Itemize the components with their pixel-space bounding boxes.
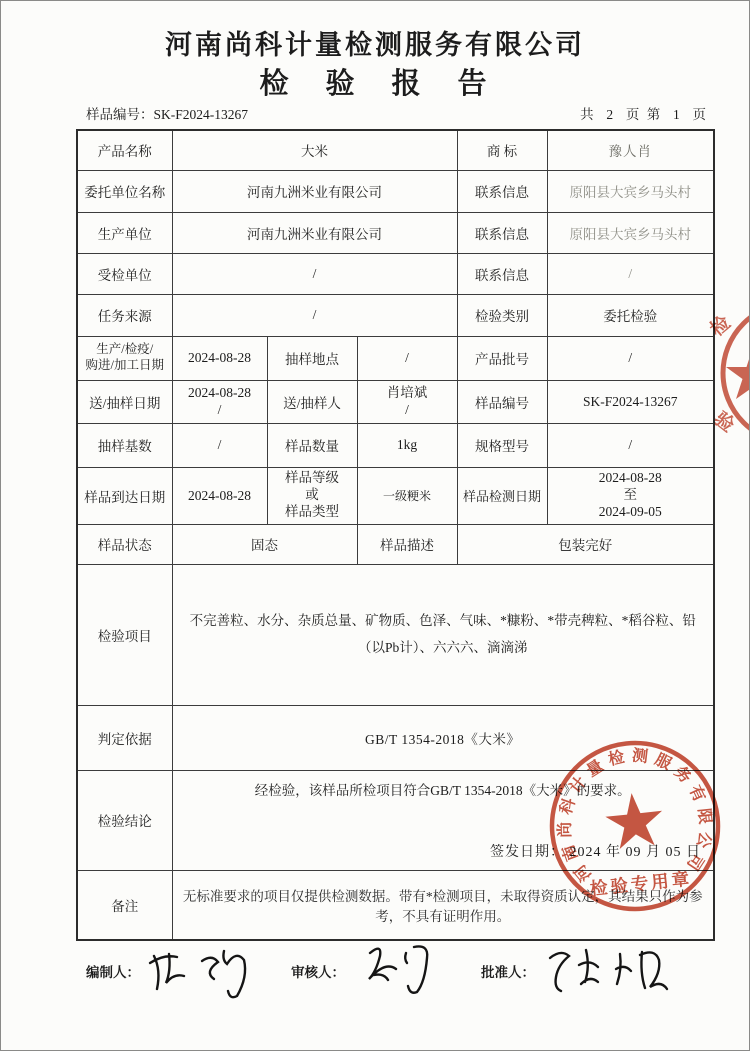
product-name-value: 大米 (172, 130, 457, 170)
prepared-by-signature-scribble (142, 941, 262, 1003)
sampling-place-label: 抽样地点 (267, 336, 357, 380)
production-date-value: 2024-08-28 (172, 336, 267, 380)
sampler-value: 肖培斌 / (357, 380, 457, 423)
signature-row: 编制人： 审核人： 批准人： (76, 939, 716, 1014)
sampling-base-value: / (172, 423, 267, 467)
sample-no-label: 样品编号 (457, 380, 547, 423)
sampling-base-label: 抽样基数 (77, 423, 172, 467)
spec-model-value: / (547, 423, 714, 467)
seal-bottom-text: 检验专用章 (589, 868, 693, 899)
page-count: 共 2 页 第 1 页 (580, 103, 708, 123)
batch-no-value: / (547, 336, 714, 380)
producer-value: 河南九洲米业有限公司 (172, 212, 457, 253)
production-date-label: 生产/检疫/ 购进/加工日期 (77, 336, 172, 380)
inspected-contact-value: / (547, 253, 714, 294)
company-seal: 河南尚科计量检测服务有限公司 检验专用章 (546, 737, 724, 915)
arrival-date-label: 样品到达日期 (77, 467, 172, 524)
row-producer: 生产单位 河南九洲米业有限公司 联系信息 原阳县大宾乡马头村 (77, 212, 714, 253)
reviewed-by-label: 审核人： (291, 961, 345, 981)
row-items: 检验项目 不完善粒、水分、杂质总量、矿物质、色泽、气味、*糠粉、*带壳稗粒、*稻… (77, 564, 714, 705)
task-source-label: 任务来源 (77, 294, 172, 336)
meta-row: 样品编号：SK-F2024-13267 共 2 页 第 1 页 (86, 103, 708, 123)
inspection-type-value: 委托检验 (547, 294, 714, 336)
prepared-by-label: 编制人： (86, 961, 140, 981)
test-date-label: 样品检测日期 (457, 467, 547, 524)
arrival-date-value: 2024-08-28 (172, 467, 267, 524)
sampler-label: 送/抽样人 (267, 380, 357, 423)
inspected-unit-label: 受检单位 (77, 253, 172, 294)
sample-state-label: 样品状态 (77, 524, 172, 564)
inspection-type-label: 检验类别 (457, 294, 547, 336)
sample-desc-value: 包装完好 (457, 524, 714, 564)
items-label: 检验项目 (77, 564, 172, 705)
trademark-label: 商 标 (457, 130, 547, 170)
approved-by-signature-scribble (540, 942, 690, 1002)
edge-seal-star-icon (726, 347, 750, 399)
row-arrival: 样品到达日期 2024-08-28 样品等级 或 样品类型 一级粳米 样品检测日… (77, 467, 714, 524)
send-sample-date-label: 送/抽样日期 (77, 380, 172, 423)
row-client: 委托单位名称 河南九洲米业有限公司 联系信息 原阳县大宾乡马头村 (77, 170, 714, 212)
send-sample-date-value: 2024-08-28 / (172, 380, 267, 423)
basis-label: 判定依据 (77, 705, 172, 770)
row-production-date: 生产/检疫/ 购进/加工日期 2024-08-28 抽样地点 / 产品批号 / (77, 336, 714, 380)
reviewed-by-signature-scribble (352, 939, 452, 1003)
sample-no-value: SK-F2024-13267 (547, 380, 714, 423)
sample-qty-value: 1kg (357, 423, 457, 467)
sample-desc-label: 样品描述 (357, 524, 457, 564)
row-send-sample: 送/抽样日期 2024-08-28 / 送/抽样人 肖培斌 / 样品编号 SK-… (77, 380, 714, 423)
producer-contact-label: 联系信息 (457, 212, 547, 253)
sample-qty-label: 样品数量 (267, 423, 357, 467)
row-product: 产品名称 大米 商 标 豫人肖 (77, 130, 714, 170)
sample-state-value: 固态 (172, 524, 357, 564)
producer-contact-value: 原阳县大宾乡马头村 (547, 212, 714, 253)
approved-by-label: 批准人： (481, 961, 535, 981)
items-text: 不完善粒、水分、杂质总量、矿物质、色泽、气味、*糠粉、*带壳稗粒、*稻谷粒、铅（… (172, 564, 714, 705)
grade-label: 样品等级 或 样品类型 (267, 467, 357, 524)
sampling-place-value: / (357, 336, 457, 380)
row-task-source: 任务来源 / 检验类别 委托检验 (77, 294, 714, 336)
client-value: 河南九洲米业有限公司 (172, 170, 457, 212)
batch-no-label: 产品批号 (457, 336, 547, 380)
conclusion-label: 检验结论 (77, 770, 172, 870)
test-date-value: 2024-08-28 至 2024-09-05 (547, 467, 714, 524)
client-label: 委托单位名称 (77, 170, 172, 212)
spec-model-label: 规格型号 (457, 423, 547, 467)
row-sample-state: 样品状态 固态 样品描述 包装完好 (77, 524, 714, 564)
report-page: 河南尚科计量检测服务有限公司 检 验 报 告 样品编号：SK-F2024-132… (0, 0, 750, 1051)
remark-label: 备注 (77, 870, 172, 940)
edge-seal-partial: 检 验 (701, 293, 750, 453)
producer-label: 生产单位 (77, 212, 172, 253)
inspected-unit-value: / (172, 253, 457, 294)
product-name-label: 产品名称 (77, 130, 172, 170)
trademark-value: 豫人肖 (547, 130, 714, 170)
grade-value: 一级粳米 (357, 467, 457, 524)
row-inspected-unit: 受检单位 / 联系信息 / (77, 253, 714, 294)
seal-star-icon (603, 790, 665, 850)
row-sampling-base: 抽样基数 / 样品数量 1kg 规格型号 / (77, 423, 714, 467)
inspected-contact-label: 联系信息 (457, 253, 547, 294)
client-contact-label: 联系信息 (457, 170, 547, 212)
client-contact-value: 原阳县大宾乡马头村 (547, 170, 714, 212)
company-name-title: 河南尚科计量检测服务有限公司 (1, 23, 749, 62)
task-source-value: / (172, 294, 457, 336)
sample-number-line: 样品编号：SK-F2024-13267 (86, 103, 248, 123)
report-title: 检 验 报 告 (1, 61, 749, 102)
